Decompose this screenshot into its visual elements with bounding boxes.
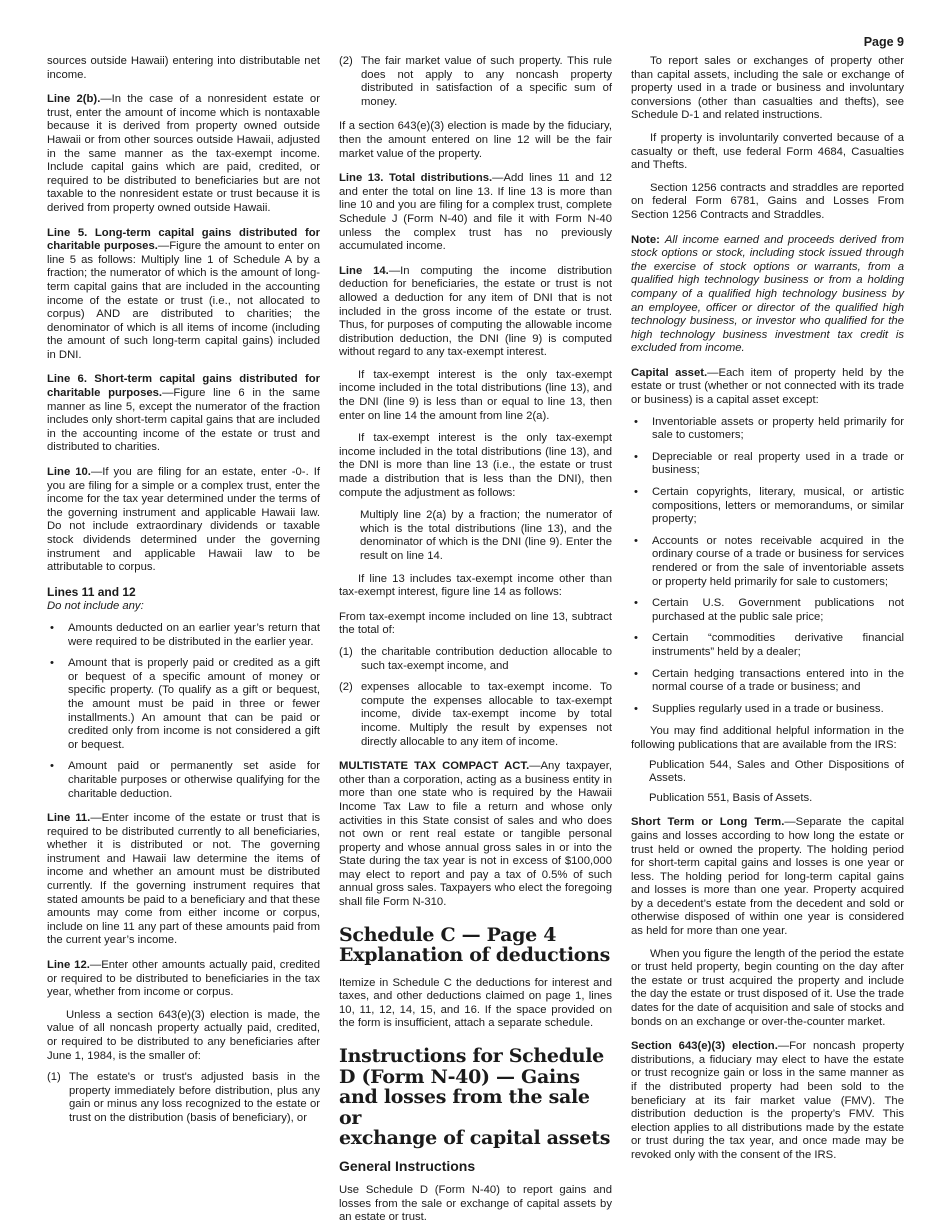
- bullet-marker: •: [50, 657, 54, 671]
- line-instruction-paragraph: Line 11.—Enter income of the estate or t…: [47, 812, 320, 948]
- line-instruction-paragraph: Short Term or Long Term.—Separate the ca…: [631, 816, 904, 938]
- paragraph-text: —In the case of a nonresident estate or …: [47, 93, 320, 214]
- publication-reference: Publication 544, Sales and Other Disposi…: [631, 759, 904, 786]
- line-instruction-paragraph: Line 2(b).—In the case of a nonresident …: [47, 93, 320, 215]
- paragraph-text: —If you are filing for an estate, enter …: [47, 466, 320, 573]
- numbered-item-text: the charitable contribution deduction al…: [361, 646, 612, 672]
- bullet-marker: •: [50, 760, 54, 774]
- section-heading: Instructions for Schedule D (Form N-40) …: [339, 1046, 612, 1149]
- bullet-marker: •: [634, 668, 638, 682]
- subsection-heading: General Instructions: [339, 1160, 612, 1174]
- line-instruction-paragraph: Line 5. Long-term capital gains distribu…: [47, 227, 320, 363]
- bold-lead-in: Line 13. Total distributions.: [339, 172, 492, 184]
- italic-instruction-line: Do not include any:: [47, 600, 320, 614]
- line-instruction-paragraph: MULTISTATE TAX COMPACT ACT.—Any taxpayer…: [339, 760, 612, 910]
- numbered-item-text: The fair market value of such property. …: [361, 55, 612, 108]
- line-instruction-paragraph: Section 643(e)(3) election.—For noncash …: [631, 1040, 904, 1162]
- paragraph-text: —Separate the capital gains and losses a…: [631, 816, 904, 937]
- list-number: (2): [339, 55, 353, 69]
- numbered-item-text: expenses allocable to tax-exempt income.…: [361, 681, 612, 747]
- bullet-text: Inventoriable assets or property held pr…: [652, 416, 904, 442]
- numbered-item: (1)The estate's or trust's adjusted basi…: [47, 1071, 320, 1125]
- paragraph-indented: If property is involuntarily converted b…: [631, 132, 904, 173]
- bullet-marker: •: [634, 703, 638, 717]
- paragraph-text: —Any taxpayer, other than a corporation,…: [339, 760, 612, 908]
- list-number: (1): [339, 646, 353, 660]
- paragraph: If a section 643(e)(3) election is made …: [339, 120, 612, 161]
- bold-lead-in: Section 643(e)(3) election.: [631, 1040, 778, 1052]
- numbered-item: (2)expenses allocable to tax-exempt inco…: [339, 681, 612, 749]
- column-1: sources outside Hawaii) entering into di…: [47, 55, 320, 1225]
- paragraph-text: —For noncash property distributions, a f…: [631, 1040, 904, 1161]
- bullet-text: Certain copyrights, literary, musical, o…: [652, 486, 904, 525]
- paragraph-indented: You may find additional helpful informat…: [631, 725, 904, 752]
- bullet-marker: •: [634, 416, 638, 430]
- paragraph-indented: If tax-exempt interest is the only tax-e…: [339, 432, 612, 500]
- line-instruction-paragraph: Capital asset.—Each item of property hel…: [631, 367, 904, 408]
- bullet-text: Amount paid or permanently set aside for…: [68, 760, 320, 799]
- bullet-item: •Certain “commodities derivative financi…: [631, 632, 904, 659]
- bullet-text: Accounts or notes receivable acquired in…: [652, 535, 904, 588]
- bullet-item: •Amounts deducted on an earlier year’s r…: [47, 622, 320, 649]
- bullet-item: •Accounts or notes receivable acquired i…: [631, 535, 904, 589]
- paragraph-indented: If line 13 includes tax-exempt income ot…: [339, 573, 612, 600]
- paragraph-text: All income earned and proceeds derived f…: [631, 234, 904, 355]
- bold-lead-in: Line 12.: [47, 959, 90, 971]
- paragraph-text: —Figure the amount to enter on line 5 as…: [47, 240, 320, 361]
- bullet-item: •Inventoriable assets or property held p…: [631, 416, 904, 443]
- bullet-item: •Amount that is properly paid or credite…: [47, 657, 320, 752]
- numbered-item: (2)The fair market value of such propert…: [339, 55, 612, 109]
- paragraph-text: —In computing the income distribution de…: [339, 265, 612, 359]
- paragraph: Use Schedule D (Form N-40) to report gai…: [339, 1184, 612, 1225]
- bullet-marker: •: [634, 535, 638, 549]
- line-instruction-paragraph: Line 12.—Enter other amounts actually pa…: [47, 959, 320, 1000]
- bullet-marker: •: [634, 632, 638, 646]
- bullet-text: Depreciable or real property used in a t…: [652, 451, 904, 477]
- note-paragraph: Note: All income earned and proceeds der…: [631, 234, 904, 356]
- bold-lead-in: Line 11.: [47, 812, 90, 824]
- bullet-item: •Certain copyrights, literary, musical, …: [631, 486, 904, 527]
- document-page: Page 9 sources outside Hawaii) entering …: [0, 0, 950, 1230]
- bullet-text: Supplies regularly used in a trade or bu…: [652, 703, 884, 715]
- bold-lead-in: Line 10.: [47, 466, 91, 478]
- bullet-item: •Amount paid or permanently set aside fo…: [47, 760, 320, 801]
- minor-heading: Lines 11 and 12: [47, 586, 320, 600]
- bullet-text: Amounts deducted on an earlier year’s re…: [68, 622, 320, 648]
- bullet-item: •Depreciable or real property used in a …: [631, 451, 904, 478]
- bullet-marker: •: [634, 486, 638, 500]
- bullet-item: •Certain U.S. Government publications no…: [631, 597, 904, 624]
- paragraph-indented: If tax-exempt interest is the only tax-e…: [339, 369, 612, 423]
- bold-lead-in: Capital asset.: [631, 367, 707, 379]
- bullet-text: Certain “commodities derivative financia…: [652, 632, 904, 658]
- column-2: (2)The fair market value of such propert…: [339, 55, 612, 1225]
- line-instruction-paragraph: Line 10.—If you are filing for an estate…: [47, 466, 320, 575]
- line-instruction-paragraph: Line 6. Short-term capital gains distrib…: [47, 373, 320, 455]
- bullet-text: Certain U.S. Government publications not…: [652, 597, 904, 623]
- paragraph-indented: To report sales or exchanges of property…: [631, 55, 904, 123]
- bold-lead-in: Line 2(b).: [47, 93, 100, 105]
- section-heading: Schedule C — Page 4 Explanation of deduc…: [339, 925, 612, 966]
- paragraph-indented: When you figure the length of the period…: [631, 948, 904, 1030]
- paragraph-block-indented: Multiply line 2(a) by a fraction; the nu…: [339, 509, 612, 563]
- bullet-marker: •: [634, 597, 638, 611]
- bold-lead-in: Short Term or Long Term.: [631, 816, 784, 828]
- bullet-marker: •: [634, 451, 638, 465]
- bullet-marker: •: [50, 622, 54, 636]
- paragraph-text: —Enter income of the estate or trust tha…: [47, 812, 320, 946]
- three-column-layout: sources outside Hawaii) entering into di…: [47, 55, 904, 1225]
- bold-lead-in: Line 14.: [339, 265, 389, 277]
- paragraph-indented: Section 1256 contracts and straddles are…: [631, 182, 904, 223]
- paragraph-indented: Unless a section 643(e)(3) election is m…: [47, 1009, 320, 1063]
- bullet-text: Certain hedging transactions entered int…: [652, 668, 904, 694]
- column-3: To report sales or exchanges of property…: [631, 55, 904, 1225]
- page-number: Page 9: [47, 36, 904, 49]
- list-number: (1): [47, 1071, 61, 1085]
- line-instruction-paragraph: Line 14.—In computing the income distrib…: [339, 265, 612, 360]
- bullet-item: •Certain hedging transactions entered in…: [631, 668, 904, 695]
- paragraph: Itemize in Schedule C the deductions for…: [339, 977, 612, 1031]
- bold-lead-in: Note:: [631, 234, 660, 246]
- publication-reference: Publication 551, Basis of Assets.: [631, 792, 904, 806]
- list-number: (2): [339, 681, 353, 695]
- paragraph: From tax-exempt income included on line …: [339, 611, 612, 638]
- bullet-text: Amount that is properly paid or credited…: [68, 657, 320, 751]
- bold-lead-in: MULTISTATE TAX COMPACT ACT.: [339, 760, 529, 772]
- bullet-item: •Supplies regularly used in a trade or b…: [631, 703, 904, 717]
- numbered-item-text: The estate's or trust's adjusted basis i…: [69, 1071, 320, 1124]
- paragraph: sources outside Hawaii) entering into di…: [47, 55, 320, 82]
- numbered-item: (1)the charitable contribution deduction…: [339, 646, 612, 673]
- line-instruction-paragraph: Line 13. Total distributions.—Add lines …: [339, 172, 612, 254]
